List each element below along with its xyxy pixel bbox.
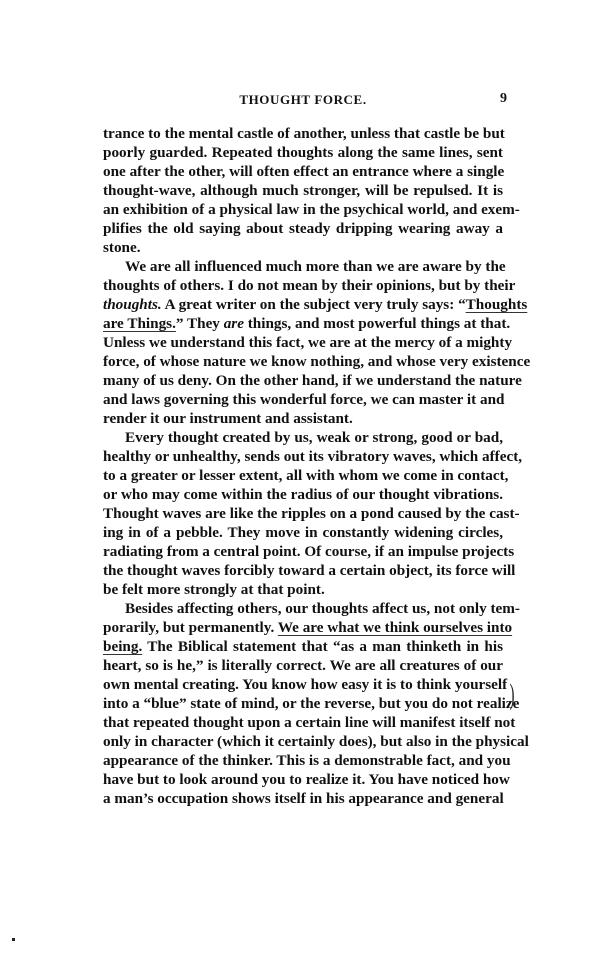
- text-line: trance to the mental castle of another, …: [103, 124, 503, 143]
- text-fragment: The Biblical statement that “as a man th…: [142, 638, 503, 655]
- text-line: own mental creating. You know how easy i…: [103, 675, 503, 694]
- paragraph: Every thought created by us, weak or str…: [103, 428, 503, 599]
- body-text: trance to the mental castle of another, …: [103, 124, 503, 808]
- handwritten-underline-text: being.: [103, 638, 142, 655]
- text-fragment: ” They: [176, 315, 224, 332]
- scan-speck: [12, 938, 15, 941]
- text-line: force, of whose nature we know nothing, …: [103, 352, 503, 371]
- text-line: to a greater or lesser extent, all with …: [103, 466, 503, 485]
- text-line: thought-wave, although much stronger, wi…: [103, 181, 503, 200]
- handwritten-underline-text: are Things.: [103, 315, 176, 332]
- text-line: render it our instrument and assistant.: [103, 409, 503, 428]
- text-line: that repeated thought upon a certain lin…: [103, 713, 503, 732]
- text-line: plifies the old saying about steady drip…: [103, 219, 503, 238]
- text-line: radiating from a central point. Of cours…: [103, 542, 503, 561]
- text-line-with-underline: thoughts. A great writer on the subject …: [103, 295, 503, 314]
- text-line: stone.: [103, 238, 503, 257]
- text-line: many of us deny. On the other hand, if w…: [103, 371, 503, 390]
- text-line-with-underline: are Things.” They are things, and most p…: [103, 314, 503, 333]
- text-line: We are all influenced much more than we …: [103, 257, 503, 276]
- text-line: Thought waves are like the ripples on a …: [103, 504, 503, 523]
- text-line: be felt more strongly at that point.: [103, 580, 503, 599]
- italic-text: thoughts.: [103, 296, 162, 313]
- text-line: a man’s occupation shows itself in his a…: [103, 789, 503, 808]
- text-fragment: porarily, but permanently.: [103, 619, 278, 636]
- text-line: thoughts of others. I do not mean by the…: [103, 276, 503, 295]
- page-number: 9: [500, 91, 507, 107]
- text-fragment: A great writer on the subject very truly…: [162, 296, 466, 313]
- text-line-with-underline: porarily, but permanently. We are what w…: [103, 618, 503, 637]
- paragraph: We are all influenced much more than we …: [103, 257, 503, 428]
- paragraph: trance to the mental castle of another, …: [103, 124, 503, 257]
- text-line: poorly guarded. Repeated thoughts along …: [103, 143, 503, 162]
- text-line: heart, so is he,” is literally correct. …: [103, 656, 503, 675]
- handwritten-underline-text: Thoughts: [466, 296, 528, 313]
- text-line: one after the other, will often effect a…: [103, 162, 503, 181]
- text-line: into a “blue” state of mind, or the reve…: [103, 694, 503, 713]
- text-line: appearance of the thinker. This is a dem…: [103, 751, 503, 770]
- text-line: have but to look around you to realize i…: [103, 770, 503, 789]
- text-line: Unless we understand this fact, we are a…: [103, 333, 503, 352]
- text-line: Besides affecting others, our thoughts a…: [103, 599, 503, 618]
- running-title: THOUGHT FORCE.: [103, 92, 503, 108]
- paragraph: Besides affecting others, our thoughts a…: [103, 599, 503, 808]
- text-line: Every thought created by us, weak or str…: [103, 428, 503, 447]
- margin-bracket-annotation: ): [510, 678, 515, 712]
- text-line: and laws governing this wonderful force,…: [103, 390, 503, 409]
- text-line: healthy or unhealthy, sends out its vibr…: [103, 447, 503, 466]
- text-line: or who may come within the radius of our…: [103, 485, 503, 504]
- running-head: THOUGHT FORCE. 9: [103, 92, 503, 110]
- text-fragment: things, and most powerful things at that…: [244, 315, 510, 332]
- text-line: only in character (which it certainly do…: [103, 732, 503, 751]
- italic-text: are: [224, 315, 244, 332]
- text-line: an exhibition of a physical law in the p…: [103, 200, 503, 219]
- text-line: the thought waves forcibly toward a cert…: [103, 561, 503, 580]
- text-line-with-underline: being. The Biblical statement that “as a…: [103, 637, 503, 656]
- handwritten-underline-text: We are what we think ourselves into: [278, 619, 512, 636]
- text-line: ing in of a pebble. They move in constan…: [103, 523, 503, 542]
